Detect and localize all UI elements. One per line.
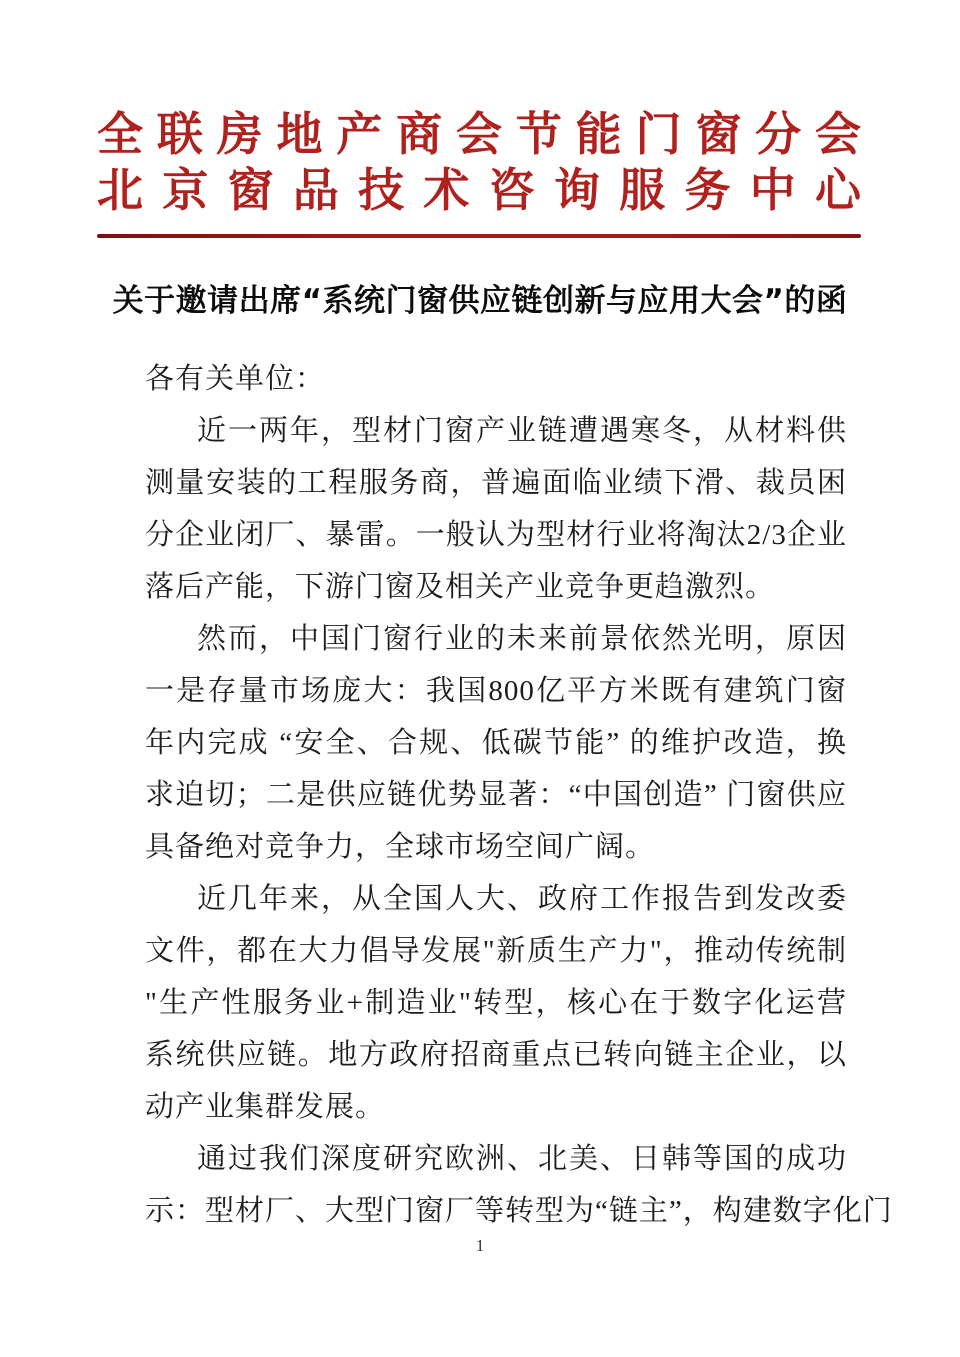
letterhead-line-2: 北京窗品技术咨询服务中心 — [97, 162, 861, 218]
document-page: 全联房地产商会节能门窗分会 北京窗品技术咨询服务中心 关于邀请出席“系统门窗供应… — [0, 0, 960, 1357]
letterhead-line-1: 全联房地产商会节能门窗分会 — [97, 106, 861, 162]
body-line: 一是存量市场庞大：我国800亿平方米既有建筑门窗需在15 — [145, 665, 847, 717]
body-line: 具备绝对竞争力，全球市场空间广阔。 — [145, 821, 847, 873]
page-number: 1 — [0, 1236, 960, 1256]
body-line: 年内完成 “安全、合规、低碳节能” 的维护改造，换新需 — [145, 717, 847, 769]
body-line: 系统供应链。地方政府招商重点已转向链主企业，以链主带 — [145, 1029, 847, 1081]
body-line: 文件，都在大力倡导发展"新质生产力"，推动传统制造业向 — [145, 925, 847, 977]
body-line: 然而，中国门窗行业的未来前景依然光明，原因有二： — [145, 613, 847, 665]
body-line: 示：型材厂、大型门窗厂等转型为“链主”，构建数字化门 — [145, 1185, 847, 1237]
body-line: "生产性服务业+制造业"转型，核心在于数字化运营的门窗 — [145, 977, 847, 1029]
document-body: 各有关单位： 近一两年，型材门窗产业链遭遇寒冬，从材料供应商到测量安装的工程服务… — [145, 353, 847, 1237]
document-title: 关于邀请出席“系统门窗供应链创新与应用大会”的函 — [110, 281, 850, 321]
body-paragraphs: 近一两年，型材门窗产业链遭遇寒冬，从材料供应商到测量安装的工程服务商，普遍面临业… — [145, 405, 847, 1237]
body-line: 分企业闭厂、暴雷。一般认为型材行业将淘汰2/3企业及1/3 — [145, 509, 847, 561]
body-line: 通过我们深度研究欧洲、北美、日韩等国的成功模式显 — [145, 1133, 847, 1185]
body-line: 落后产能，下游门窗及相关产业竞争更趋激烈。 — [145, 561, 847, 613]
paragraph: 然而，中国门窗行业的未来前景依然光明，原因有二：一是存量市场庞大：我国800亿平… — [145, 613, 847, 873]
salutation: 各有关单位： — [145, 353, 847, 405]
letterhead: 全联房地产商会节能门窗分会 北京窗品技术咨询服务中心 — [97, 106, 861, 238]
letterhead-divider — [97, 234, 861, 238]
body-line: 动产业集群发展。 — [145, 1081, 847, 1133]
paragraph: 近一两年，型材门窗产业链遭遇寒冬，从材料供应商到测量安装的工程服务商，普遍面临业… — [145, 405, 847, 613]
paragraph: 近几年来，从全国人大、政府工作报告到发改委下发的文件，都在大力倡导发展"新质生产… — [145, 873, 847, 1133]
body-line: 测量安装的工程服务商，普遍面临业绩下滑、裁员困境，部 — [145, 457, 847, 509]
paragraph: 通过我们深度研究欧洲、北美、日韩等国的成功模式显示：型材厂、大型门窗厂等转型为“… — [145, 1133, 847, 1237]
body-line: 近几年来，从全国人大、政府工作报告到发改委下发的 — [145, 873, 847, 925]
body-line: 近一两年，型材门窗产业链遭遇寒冬，从材料供应商到 — [145, 405, 847, 457]
body-line: 求迫切；二是供应链优势显著：“中国创造” 门窗供应链 — [145, 769, 847, 821]
